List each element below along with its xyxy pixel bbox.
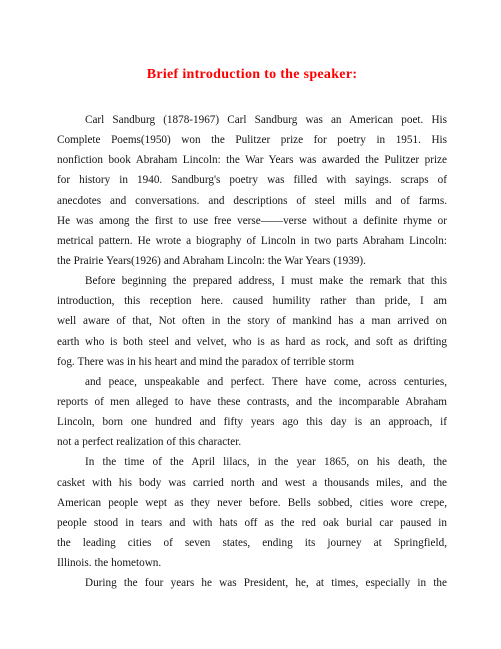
- text-line: Carl Sandburg (1878-1967) Carl Sandburg …: [57, 110, 447, 130]
- text-line: and peace, unspeakable and perfect. Ther…: [57, 372, 447, 392]
- text-line: nonfiction book Abraham Lincoln: the War…: [57, 150, 447, 170]
- paragraph: In the time of the April lilacs, in the …: [57, 452, 447, 573]
- paragraph: and peace, unspeakable and perfect. Ther…: [57, 372, 447, 453]
- text-line: the leading cities of seven states, endi…: [57, 533, 447, 553]
- text-line: During the four years he was President, …: [57, 573, 447, 593]
- text-line: Illinois. the hometown.: [57, 553, 447, 573]
- text-line: He was among the first to use free verse…: [57, 211, 447, 231]
- text-line: introduction, this reception here. cause…: [57, 291, 447, 311]
- text-line: Lincoln, born one hundred and fifty year…: [57, 412, 447, 432]
- text-line: anecdotes and conversations. and descrip…: [57, 191, 447, 211]
- document-heading: Brief introduction to the speaker:: [57, 66, 447, 83]
- text-line: metrical pattern. He wrote a biography o…: [57, 231, 447, 251]
- text-line: Before beginning the prepared address, I…: [57, 271, 447, 291]
- text-line: Complete Poems(1950) won the Pulitzer pr…: [57, 130, 447, 150]
- text-line: reports of men alleged to have these con…: [57, 392, 447, 412]
- paragraph: Before beginning the prepared address, I…: [57, 271, 447, 372]
- text-line: In the time of the April lilacs, in the …: [57, 452, 447, 472]
- text-line: for history in 1940. Sandburg's poetry w…: [57, 170, 447, 190]
- text-line: fog. There was in his heart and mind the…: [57, 352, 447, 372]
- paragraph: Carl Sandburg (1878-1967) Carl Sandburg …: [57, 110, 447, 271]
- text-line: not a perfect realization of this charac…: [57, 432, 447, 452]
- text-line: well aware of that, Not often in the sto…: [57, 311, 447, 331]
- text-line: earth who is both steel and velvet, who …: [57, 332, 447, 352]
- document-page: Brief introduction to the speaker: Carl …: [0, 0, 501, 649]
- text-line: people stood in tears and with hats off …: [57, 513, 447, 533]
- text-line: the Prairie Years(1926) and Abraham Linc…: [57, 251, 447, 271]
- document-body: Carl Sandburg (1878-1967) Carl Sandburg …: [57, 110, 447, 593]
- text-line: American people wept as they never befor…: [57, 493, 447, 513]
- text-line: casket with his body was carried north a…: [57, 473, 447, 493]
- paragraph: During the four years he was President, …: [57, 573, 447, 593]
